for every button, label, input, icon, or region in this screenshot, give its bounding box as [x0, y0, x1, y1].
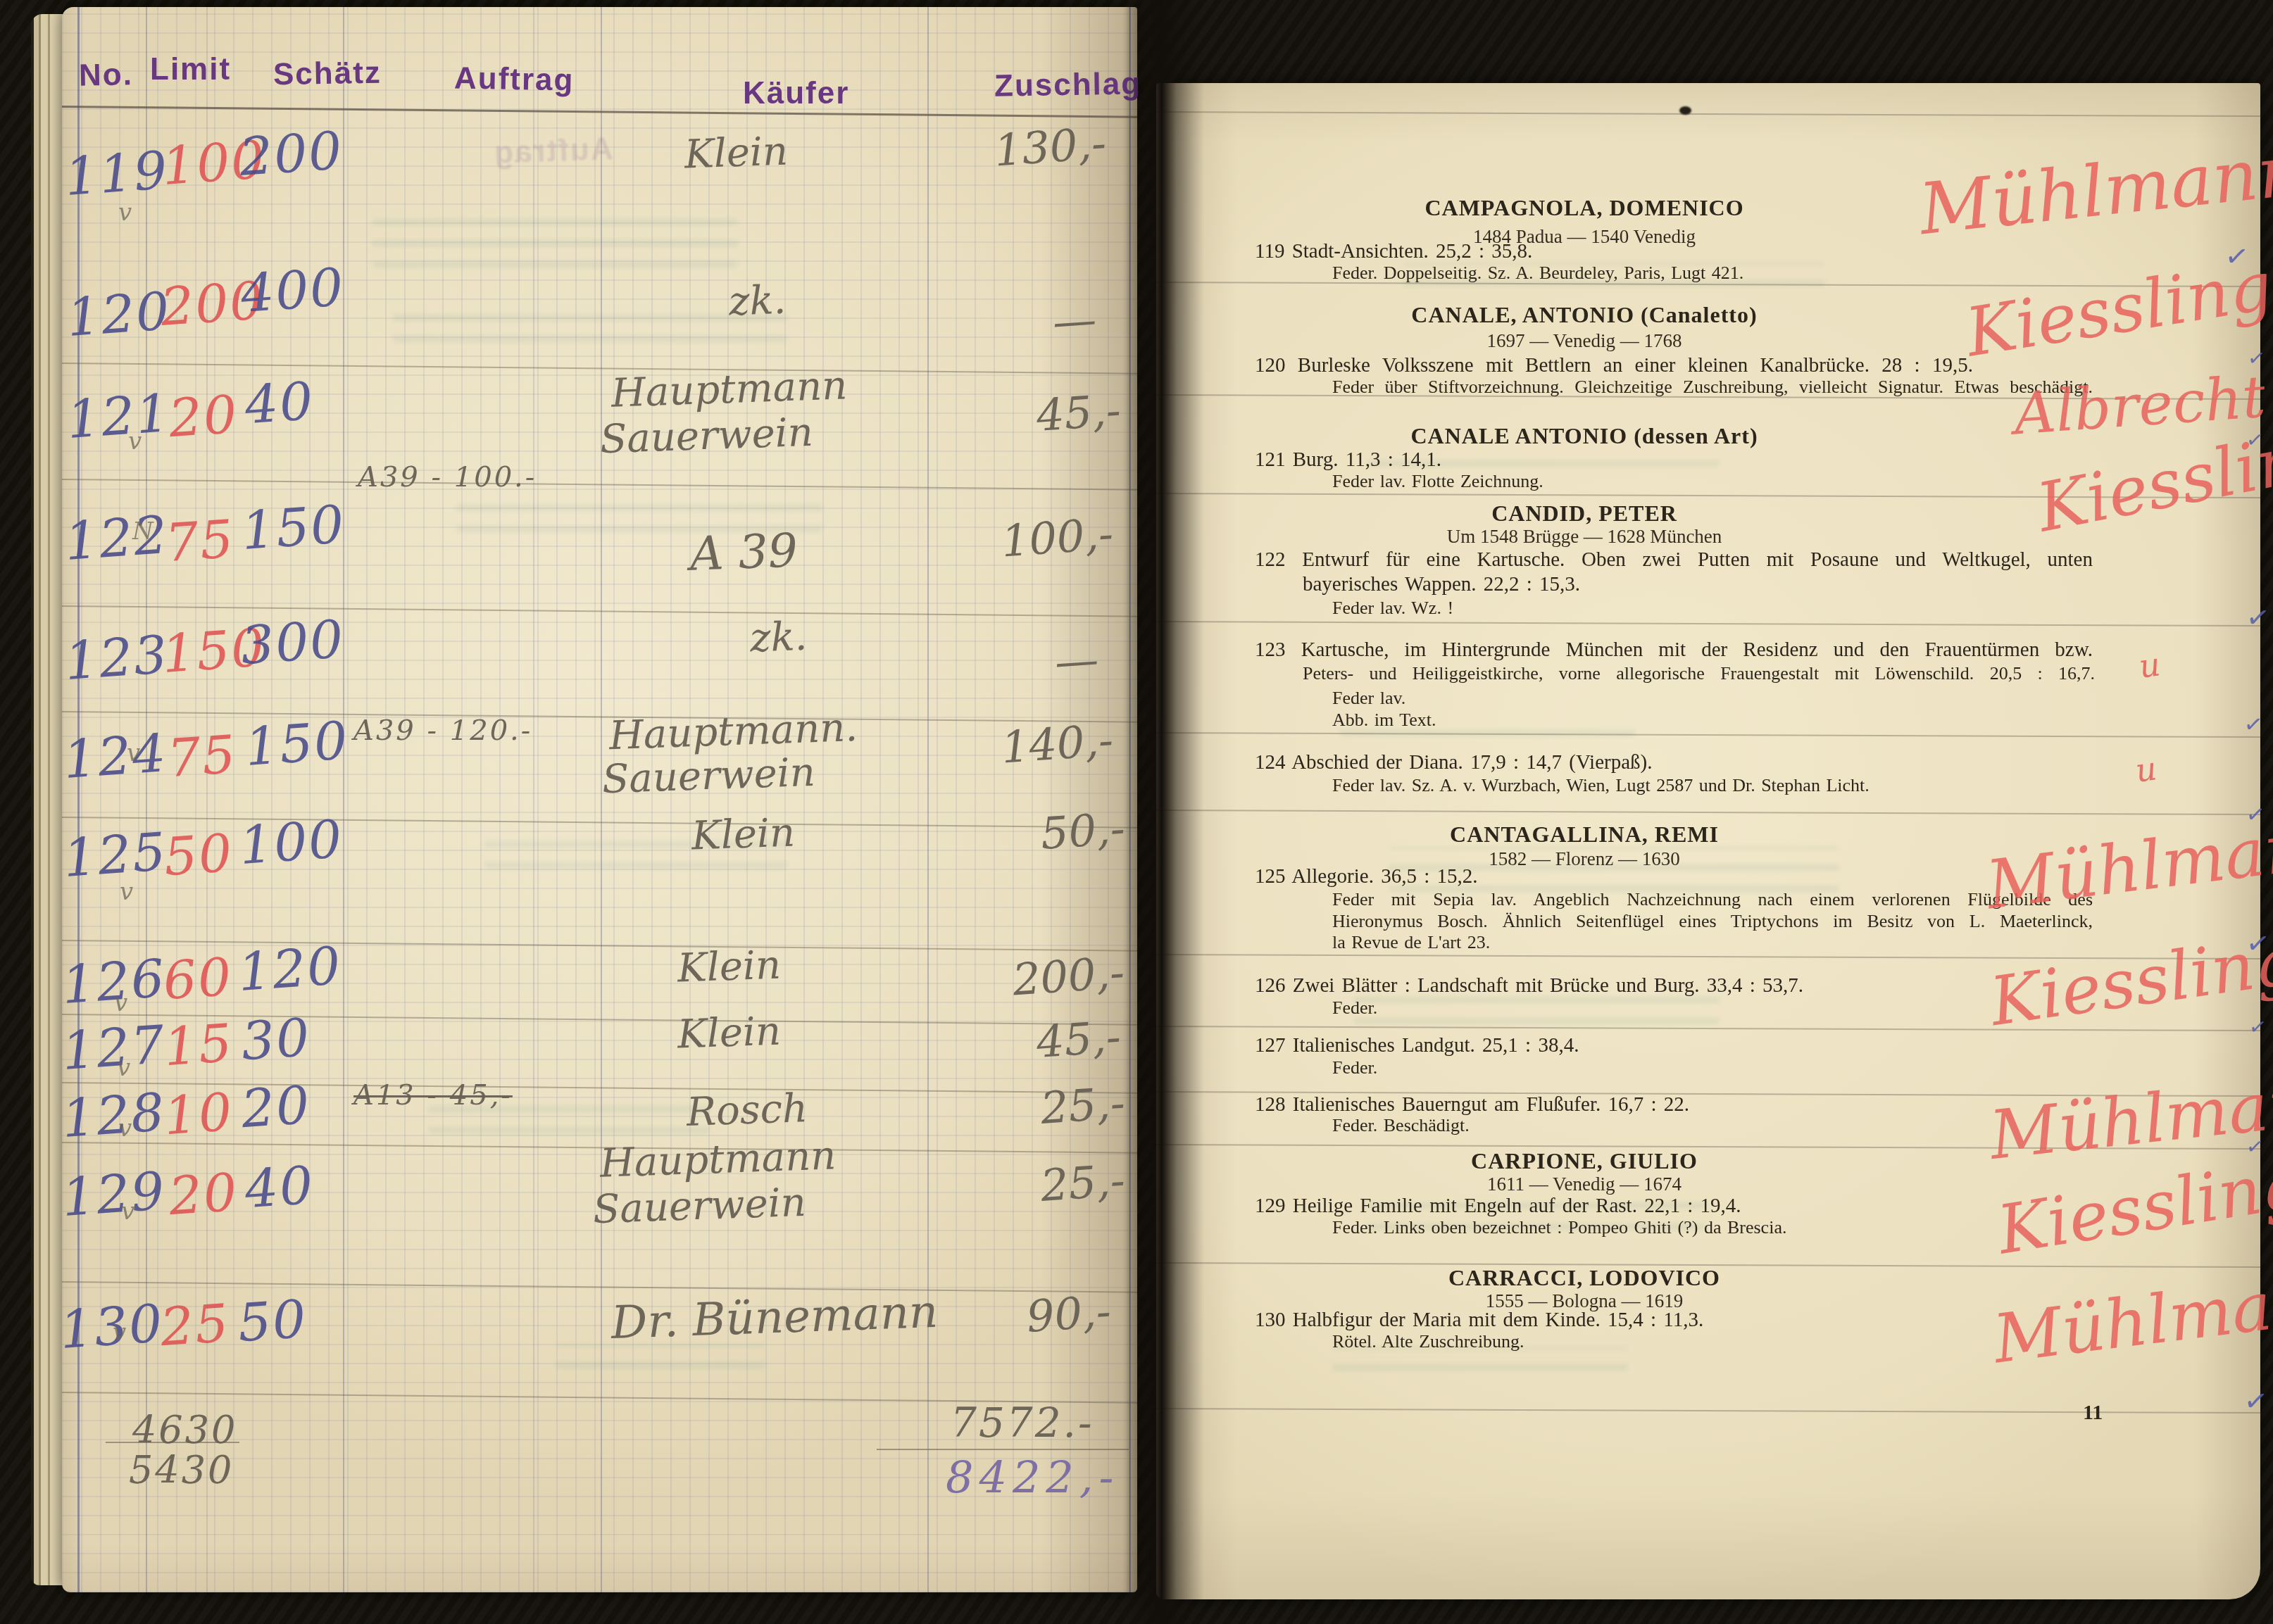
limit-value: 15: [163, 1017, 235, 1074]
total-underline: [877, 1449, 1129, 1450]
row-check: v: [121, 1200, 134, 1223]
margin-name: Mühlmann: [1984, 812, 2273, 917]
hammer-price: 50,-: [1039, 807, 1127, 856]
ink-blot: [1679, 106, 1691, 115]
buyer-name: Hauptmann.: [608, 708, 858, 756]
column-header-auftrag: Auftrag: [454, 61, 575, 99]
estimate-value: 400: [239, 261, 346, 320]
check-icon: ✓: [2248, 1014, 2269, 1040]
artist-dates: 1697 — Venedig — 1768: [1246, 331, 1922, 352]
estimate-value: 30: [240, 1012, 313, 1069]
limit-value: 25: [159, 1297, 232, 1354]
check-icon: ✓: [2242, 1384, 2270, 1419]
lot-line: 121 Burg. 11,3 : 14,1.: [1255, 449, 1441, 472]
estimate-value: 20: [240, 1079, 313, 1136]
lot-line: Feder. Doppelseitig. Sz. A. Beurdeley, P…: [1332, 263, 1743, 284]
lot-line: 129 Heilige Familie mit Engeln auf der R…: [1255, 1195, 1741, 1218]
check-icon: ✓: [2245, 1133, 2266, 1160]
limit-total: 5430: [129, 1452, 234, 1490]
red-tick-mark: u: [2133, 749, 2159, 790]
artist-heading: CAMPAGNOLA, DOMENICO: [1246, 196, 1922, 220]
hammer-price: 45,-: [1035, 1015, 1122, 1064]
separator-line: [1156, 810, 2260, 815]
estimate-value: 50: [237, 1293, 309, 1350]
ghost-stamp: Auftrag: [492, 132, 613, 171]
page-edge-stack: [31, 14, 65, 1585]
artist-heading: CANALE, ANTONIO (Canaletto): [1246, 303, 1922, 327]
artist-heading: CARRACCI, LODOVICO: [1246, 1266, 1922, 1290]
artist-dates: Um 1548 Brügge — 1628 München: [1246, 527, 1922, 548]
header-underline: [62, 106, 1137, 118]
bleed-through: [393, 310, 787, 342]
column-rule: [343, 7, 344, 1592]
limit-value: 75: [164, 513, 237, 570]
buyer-name: Klein: [677, 1012, 782, 1055]
buyer-name: Klein: [691, 813, 796, 856]
lot-no: 121: [65, 387, 173, 446]
column-header-limit: Limit: [150, 52, 231, 87]
estimate-value: 150: [240, 498, 347, 558]
lot-line: 123 Kartusche, im Hintergrunde München m…: [1255, 639, 2093, 662]
lot-line: 125 Allegorie. 36,5 : 15,2.: [1255, 866, 1477, 888]
hammer-price: —: [1053, 638, 1100, 684]
hammer-price: 45,-: [1035, 389, 1122, 438]
artist-heading: CARPIONE, GIULIO: [1246, 1149, 1922, 1173]
buyer-name: A 39: [689, 527, 799, 577]
hammer-price: 100,-: [1000, 512, 1115, 564]
limit-value: 60: [162, 951, 234, 1008]
row-check: v: [127, 741, 140, 765]
zuschlag-total: 7572.-: [951, 1402, 1094, 1443]
lot-line: 128 Italienisches Bauerngut am Flußufer.…: [1255, 1094, 1689, 1116]
row-check: v: [114, 991, 127, 1015]
row-check: v: [117, 1056, 130, 1080]
row-check: v: [113, 1321, 126, 1345]
margin-name: Mühlmann: [1987, 1069, 2273, 1166]
estimate-value: 120: [237, 940, 344, 999]
artist-heading: CANDID, PETER: [1246, 501, 1922, 526]
margin-name: Mühlmann: [1917, 139, 2273, 242]
lot-line: Hieronymus Bosch. Ähnlich Seitenflügel e…: [1332, 912, 2093, 932]
column-header-kaeufer: Käufer: [743, 76, 849, 111]
lot-no: 130: [58, 1297, 165, 1357]
buyer-name: Rosch: [686, 1089, 808, 1133]
hammer-price: —: [1051, 298, 1098, 344]
margin-name: Albrecht: [2012, 372, 2267, 441]
margin-name: Mühlmann: [1991, 1266, 2273, 1371]
lot-line: Feder über Stiftvorzeichnung. Gleichzeit…: [1332, 377, 2093, 398]
lot-no: 127: [61, 1019, 168, 1078]
lot-line: Feder. Beschädigt.: [1332, 1116, 1470, 1136]
lot-line: Feder. Links oben bezeichnet : Pompeo Gh…: [1332, 1218, 1786, 1238]
row-check: v: [118, 1116, 132, 1140]
lot-line: 120 Burleske Volksszene mit Bettlern an …: [1255, 355, 1973, 377]
buyer-name: zk.: [749, 617, 808, 659]
buyer-name: Sauerwein: [601, 753, 816, 800]
check-icon: ✓: [2223, 239, 2251, 275]
estimate-value: 300: [239, 613, 346, 672]
column-header-no: No.: [79, 57, 134, 93]
lot-line: Feder.: [1332, 1058, 1377, 1078]
limit-value: 10: [163, 1086, 235, 1143]
check-icon: ✓: [2245, 427, 2266, 453]
lot-line: Feder.: [1332, 998, 1377, 1019]
separator-line: [1156, 111, 2260, 117]
limit-total: 4630: [132, 1411, 237, 1449]
separator-line: [1156, 621, 2260, 627]
lot-line: 127 Italienisches Landgut. 25,1 : 38,4.: [1255, 1035, 1579, 1057]
column-rule: [927, 7, 929, 1592]
buyer-name: Sauerwein: [599, 413, 814, 460]
lot-line: Feder lav.: [1332, 688, 1405, 709]
row-line: [62, 1281, 1137, 1293]
auftrag-note: A39 - 100.-: [358, 463, 537, 491]
check-icon: ✓: [2244, 600, 2272, 636]
lot-no: 128: [61, 1086, 168, 1145]
estimate-value: 200: [238, 125, 345, 184]
artist-dates: 1611 — Venedig — 1674: [1246, 1174, 1922, 1195]
limit-value: 20: [168, 389, 240, 446]
book-photo: No. Limit Schätz Auftrag Käufer Zuschlag…: [0, 0, 2273, 1624]
check-icon: ✓: [2246, 345, 2267, 372]
buyer-name: Hauptmann: [610, 366, 848, 414]
lot-line: Feder lav. Flotte Zeichnung.: [1332, 472, 1543, 492]
lot-line: 119 Stadt-Ansichten. 25,2 : 35,8.: [1255, 241, 1532, 263]
auftrag-note-struck: A13 - 45,-: [353, 1081, 513, 1109]
artist-heading: CANALE ANTONIO (dessen Art): [1246, 424, 1922, 448]
red-tick-mark: u: [2136, 645, 2162, 686]
row-check: v: [128, 429, 142, 453]
hammer-price: 90,-: [1025, 1290, 1113, 1339]
buyer-name: Hauptmann: [599, 1136, 837, 1184]
lot-no: 125: [62, 826, 169, 885]
ledger-page: No. Limit Schätz Auftrag Käufer Zuschlag…: [62, 7, 1137, 1592]
limit-value: 20: [168, 1166, 240, 1223]
buyer-name: Dr. Bünemann: [610, 1290, 939, 1346]
column-header-schaetz: Schätz: [273, 56, 382, 93]
row-line: [62, 479, 1137, 491]
hammer-price: 140,-: [1000, 719, 1115, 770]
lot-line: Rötel. Alte Zuschreibung.: [1332, 1332, 1524, 1352]
auftrag-note: A39 - 120.-: [353, 717, 532, 745]
lot-line: Feder mit Sepia lav. Angeblich Nachzeich…: [1332, 890, 2093, 910]
lot-no: 129: [61, 1165, 168, 1224]
lot-no: 122: [63, 509, 170, 568]
row-check: N: [132, 520, 154, 543]
lot-line: Peters- und Heiliggeistkirche, vorne all…: [1303, 664, 2095, 684]
buyer-name: Sauerwein: [592, 1183, 807, 1230]
lot-line: Abb. im Text.: [1332, 710, 1436, 731]
binding-gutter: [1122, 0, 1204, 1624]
lot-line: 130 Halbfigur der Maria mit dem Kinde. 1…: [1255, 1309, 1703, 1332]
column-rule: [533, 7, 534, 1592]
check-icon: ✓: [2244, 926, 2272, 962]
row-line: [62, 605, 1137, 617]
estimate-value: 40: [244, 1159, 316, 1216]
margin-name: Kiesslinger: [1987, 921, 2273, 1033]
column-header-zuschlag: Zuschlag: [994, 66, 1142, 104]
lot-line: la Revue de L'art 23.: [1332, 933, 1490, 953]
column-rule: [601, 7, 602, 1592]
page-number: 11: [2083, 1401, 2103, 1424]
lot-line: Feder lav. Sz. A. v. Wurzbach, Wien, Lug…: [1332, 776, 1870, 796]
hammer-price: 200,-: [1011, 951, 1126, 1002]
hammer-price: 130,-: [993, 122, 1108, 173]
lot-line: 122 Entwurf für eine Kartusche. Oben zwe…: [1255, 549, 2093, 572]
lot-no: 123: [63, 629, 170, 688]
limit-value: 50: [163, 827, 235, 884]
zuschlag-total: 8422,-: [946, 1456, 1119, 1499]
buyer-name: Klein: [684, 132, 789, 175]
hammer-price: 25,-: [1039, 1081, 1127, 1131]
estimate-value: 100: [238, 813, 345, 872]
check-icon: ✓: [2244, 800, 2267, 829]
separator-line: [1156, 732, 2260, 738]
lot-line: 124 Abschied der Diana. 17,9 : 14,7 (Vie…: [1255, 752, 1652, 774]
row-check: v: [118, 201, 132, 225]
lot-no: 119: [63, 144, 170, 203]
lot-line: Feder lav. Wz. !: [1332, 598, 1453, 619]
lot-line: 126 Zwei Blätter : Landschaft mit Brücke…: [1255, 975, 1803, 997]
limit-value: 75: [166, 729, 239, 786]
row-check: v: [120, 880, 133, 904]
estimate-value: 150: [244, 715, 351, 774]
hammer-price: 25,-: [1039, 1159, 1127, 1208]
lot-line: bayerisches Wappen. 22,2 : 15,3.: [1303, 574, 1580, 596]
row-line: [62, 711, 1137, 723]
artist-heading: CANTAGALLINA, REMI: [1246, 822, 1922, 847]
row-line: [62, 363, 1137, 374]
estimate-value: 40: [244, 375, 316, 432]
buyer-name: zk.: [728, 281, 787, 322]
bleed-through: [555, 1345, 766, 1368]
lot-no: 120: [65, 285, 173, 344]
bleed-through: [372, 218, 738, 267]
catalog-page: CAMPAGNOLA, DOMENICO 1484 Padua — 1540 V…: [1156, 83, 2260, 1599]
buyer-name: Klein: [677, 945, 782, 988]
lot-no: 124: [62, 727, 169, 786]
check-icon: ✓: [2242, 710, 2265, 738]
